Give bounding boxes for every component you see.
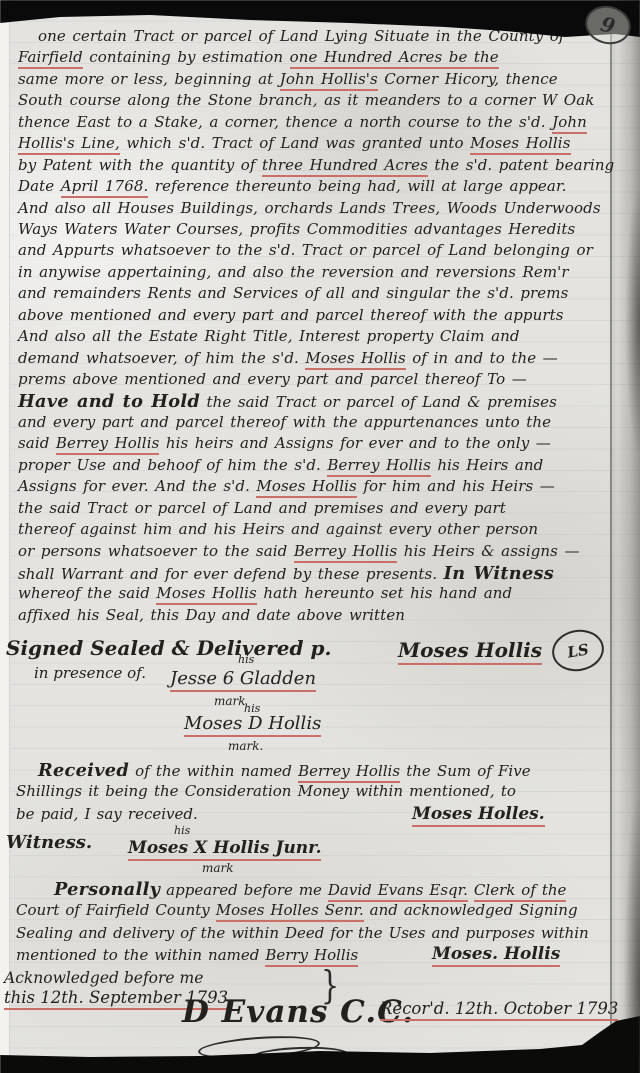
text-run: and Appurts whatsoever to the s'd. Tract… [18,241,593,259]
receipt-witness-signature: Moses X Hollis Junr. [128,838,321,861]
text-run: by Patent with the quantity of [18,156,262,174]
text-run: the said Tract or parcel of Land & premi… [200,393,557,411]
text-run: affixed his Seal, this Day and date abov… [18,606,405,624]
text-run: thereof against him and his Heirs and ag… [18,520,538,538]
text-run: for him and his Heirs — [357,477,555,495]
red-underlined-text: one Hundred Acres be the [290,48,499,69]
text-line: thence East to a Stake, a corner, thence… [18,113,614,134]
scanned-deed-page: 9 one certain Tract or parcel of Land Ly… [0,0,640,1073]
text-line: Fairfield containing by estimation one H… [18,48,614,69]
page-number-text: 9 [598,12,617,39]
red-underlined-text: Fairfield [18,48,83,69]
text-run: his Heirs & assigns — [397,542,579,560]
receipt-witness-his-label: his [174,824,190,837]
scan-right-shadow [612,0,640,1073]
emphasized-text: In Witness [444,563,554,584]
receipt-signature: Moses Holles. [412,804,545,827]
attestation-line-2: in presence of. [34,664,146,682]
text-line: Date April 1768. reference thereunto bei… [18,177,614,198]
text-run: Assigns for ever. And the s'd. [18,477,256,495]
text-run: And also all Houses Buildings, orchards … [18,199,601,217]
text-run: and acknowledged Signing [364,901,578,919]
text-run: Corner Hicory, thence [378,70,558,88]
witness1-mark-label: mark [214,694,246,708]
text-run: be paid, I say received. [16,805,198,823]
text-line: And also all Houses Buildings, orchards … [18,199,614,220]
witness1-signature: Jesse 6 Gladden [170,668,316,692]
text-run: reference thereunto being had, will at l… [148,177,566,195]
witness1-his-label: his [238,653,254,666]
text-line: and remainders Rents and Services of all… [18,284,614,305]
text-run: Ways Waters Water Courses, profits Commo… [18,220,575,238]
emphasized-text: Personally [54,879,160,900]
red-underlined-text: John [552,113,587,134]
text-run: of in and to the — [406,349,558,367]
text-line: above mentioned and every part and parce… [18,306,614,327]
red-underlined-text: Clerk of the [474,881,567,902]
text-line: whereof the said Moses Hollis hath hereu… [18,584,614,605]
text-line: Received of the within named Berrey Holl… [16,760,608,782]
text-run: his Heirs and [431,456,544,474]
text-line: and every part and parcel thereof with t… [18,413,614,434]
text-line: demand whatsoever, of him the s'd. Moses… [18,349,614,370]
text-line: prems above mentioned and every part and… [18,370,614,391]
text-line: same more or less, beginning at John Hol… [18,70,614,91]
text-line: And also all the Estate Right Title, Int… [18,327,614,348]
text-line: shall Warrant and for ever defend by the… [18,563,614,584]
text-run: And also all the Estate Right Title, Int… [18,327,520,345]
text-line: the said Tract or parcel of Land and pre… [18,499,614,520]
grantor-signature: Moses Hollis [398,638,542,665]
acknowledgment-signature: Moses. Hollis [432,944,560,967]
text-line: Personally appeared before me David Evan… [16,879,608,901]
text-line: proper Use and behoof of him the s'd. Be… [18,456,614,477]
text-run: his heirs and Assigns for ever and to th… [159,434,550,452]
text-run: in anywise appertaining, and also the re… [18,263,569,281]
red-underlined-text: Moses Hollis [256,477,356,498]
text-run: same more or less, beginning at [18,70,280,88]
text-run: appeared before me [160,881,328,899]
text-run: which s'd. Tract of Land was granted unt… [120,134,470,152]
red-underlined-text: Moses Hollis [470,134,570,155]
red-underlined-text: David Evans Esqr. [328,881,468,902]
text-run: said [18,434,56,452]
text-run: prems above mentioned and every part and… [18,370,527,388]
wax-seal-ls: LS [549,626,607,675]
text-line: South course along the Stone branch, as … [18,91,614,112]
red-underlined-text: Berry Hollis [265,946,358,967]
text-run: South course along the Stone branch, as … [18,91,594,109]
red-underlined-text: Berrey Hollis [327,456,430,477]
text-run: shall Warrant and for ever defend by the… [18,565,444,583]
text-run: demand whatsoever, of him the s'd. [18,349,305,367]
text-line: Assigns for ever. And the s'd. Moses Hol… [18,477,614,498]
text-line: Court of Fairfield County Moses Holles S… [16,901,608,923]
text-run: thence East to a Stake, a corner, thence… [18,113,552,131]
text-line: Shillings it being the Consideration Mon… [16,782,608,804]
text-run: hath hereunto set his hand and [257,584,512,602]
text-run: Shillings it being the Consideration Mon… [16,782,516,800]
text-line: in anywise appertaining, and also the re… [18,263,614,284]
emphasized-text: Received [38,760,129,781]
text-run: containing by estimation [83,48,290,66]
recorded-date-note: Recor'd. 12th. October 1793 [380,999,618,1021]
text-run: and remainders Rents and Services of all… [18,284,568,302]
red-underlined-text: April 1768. [61,177,149,198]
text-run: Sealing and delivery of the within Deed … [16,924,589,942]
acknowledged-before-me-line: Acknowledged before me [4,969,203,987]
text-run: or persons whatsoever to the said [18,542,294,560]
red-underlined-text: Moses Hollis [305,349,405,370]
text-run: proper Use and behoof of him the s'd. [18,456,327,474]
deed-body-text: one certain Tract or parcel of Land Lyin… [18,27,614,627]
text-line: said Berrey Hollis his heirs and Assigns… [18,434,614,455]
text-line: or persons whatsoever to the said Berrey… [18,542,614,563]
text-run: Date [18,177,61,195]
text-line: Hollis's Line, which s'd. Tract of Land … [18,134,614,155]
text-line: and Appurts whatsoever to the s'd. Tract… [18,241,614,262]
emphasized-text: Have and to Hold [18,391,200,412]
text-line: affixed his Seal, this Day and date abov… [18,606,614,627]
witness2-signature: Moses D Hollis [184,713,321,737]
text-line: Ways Waters Water Courses, profits Commo… [18,220,614,241]
text-run: the s'd. patent bearing [428,156,614,174]
witness2-mark-label: mark. [228,739,263,753]
text-run: of the within named [129,762,298,780]
text-run: above mentioned and every part and parce… [18,306,564,324]
text-run: the Sum of Five [400,762,531,780]
text-run: Court of Fairfield County [16,901,216,919]
seal-label: LS [566,640,590,661]
text-line: Have and to Hold the said Tract or parce… [18,391,614,412]
text-run: the said Tract or parcel of Land and pre… [18,499,506,517]
red-underlined-text: John Hollis's [280,70,378,91]
attestation-line-1: Signed Sealed & Delivered p. [6,636,331,660]
text-line: Sealing and delivery of the within Deed … [16,924,608,946]
red-underlined-text: three Hundred Acres [262,156,428,177]
red-underlined-text: Hollis's Line, [18,134,120,155]
witness-label: Witness. [6,832,92,853]
red-underlined-text: Berrey Hollis [298,762,400,783]
text-line: thereof against him and his Heirs and ag… [18,520,614,541]
red-underlined-text: Moses Holles Senr. [216,901,364,922]
text-line: by Patent with the quantity of three Hun… [18,156,614,177]
red-underlined-text: Berrey Hollis [294,542,397,563]
receipt-witness-mark-label: mark [202,861,234,875]
red-underlined-text: Berrey Hollis [56,434,159,455]
text-run: and every part and parcel thereof with t… [18,413,551,431]
red-underlined-text: Moses Hollis [156,584,256,605]
scan-left-margin [0,0,10,1073]
text-run: mentioned to the within named [16,946,265,964]
text-run: whereof the said [18,584,156,602]
